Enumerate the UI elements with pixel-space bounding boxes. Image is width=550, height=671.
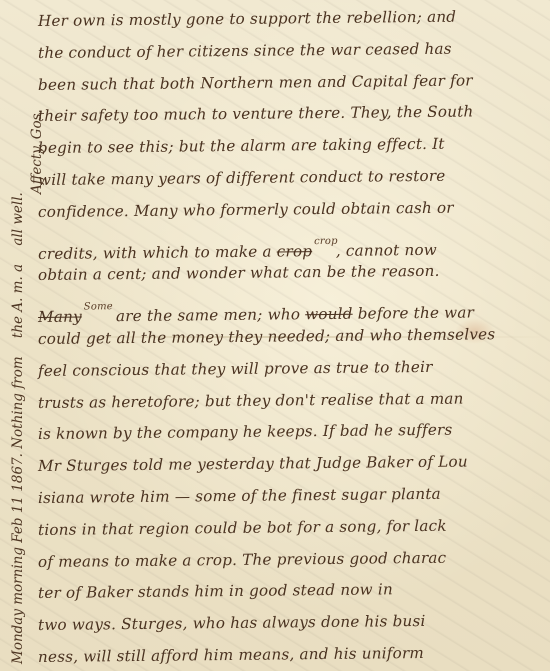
- letter-line: ness, will still afford him means, and h…: [38, 637, 543, 671]
- letter-line: ManySome are the same men; who would bef…: [38, 287, 543, 324]
- letter-line: the conduct of her citizens since the wa…: [38, 33, 543, 70]
- letter-line: tions in that region could be bot for a …: [38, 509, 543, 546]
- margin-note-line-1: Monday morning Feb 11 1867. Nothing from…: [10, 4, 27, 664]
- letter-line: Mr Sturges told me yesterday that Judge …: [38, 446, 543, 483]
- margin-note-date: Monday morning Feb 11 1867. Nothing from: [10, 356, 26, 664]
- letter-line: will take many years of different conduc…: [38, 160, 543, 197]
- margin-note-text-b: all well.: [10, 192, 26, 245]
- letter-page: Her own is mostly gone to support the re…: [0, 0, 550, 671]
- margin-note-text-a: the A. m. a: [10, 264, 26, 338]
- letter-body: Her own is mostly gone to support the re…: [38, 6, 543, 671]
- letter-line: confidence. Many who formerly could obta…: [38, 191, 543, 228]
- inserted-word: Some: [84, 301, 113, 312]
- letter-line: could get all the money they needed; and…: [38, 319, 543, 356]
- letter-line: feel conscious that they will prove as t…: [38, 350, 543, 387]
- letter-line: two ways. Sturges, who has always done h…: [38, 605, 543, 642]
- letter-line: isiana wrote him — some of the finest su…: [38, 478, 543, 515]
- letter-line: Her own is mostly gone to support the re…: [38, 1, 543, 38]
- margin-note: Monday morning Feb 11 1867. Nothing from…: [10, 4, 46, 664]
- inserted-word: crop: [314, 235, 338, 246]
- letter-line: begin to see this; but the alarm are tak…: [38, 128, 543, 165]
- margin-note-signature: Affecty. Gos.: [29, 109, 45, 194]
- margin-note-line-2: Affecty. Gos.: [29, 4, 46, 664]
